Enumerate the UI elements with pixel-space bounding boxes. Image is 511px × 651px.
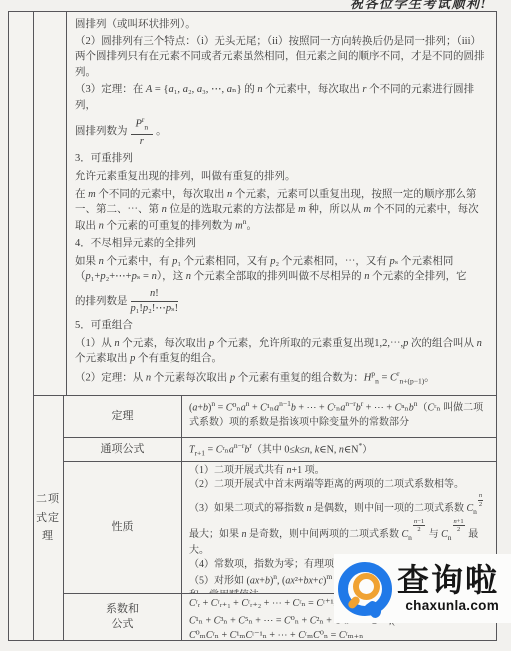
doc-paragraph: （3）定理：在 A = {a₁, a₂, a₃, ⋯, aₙ} 的 n 个元素中… <box>75 82 487 112</box>
table-row-general-term: 通项公式 Tr+1 = Cʳₙan−rbr（其中 0≤k≤n, k∈N, n∈N… <box>64 438 496 462</box>
doc-paragraph: 允许元素重复出现的排列，叫做有重复的排列。 <box>75 169 487 184</box>
watermark-brand: 查询啦 <box>397 564 499 598</box>
doc-paragraph: 圆排列（或叫环状排列）。 <box>75 17 487 32</box>
permutations-content-cell: 圆排列（或叫环状排列）。 （2）圆排列有三个特点：（i）无头无尾；（ii）按照同… <box>66 12 496 395</box>
watermark-text: 查询啦 chaxunla.com <box>397 564 499 613</box>
doc-paragraph: （2）圆排列有三个特点：（i）无头无尾；（ii）按照同一方向转换后仍是同一排列；… <box>75 34 487 80</box>
doc-heading-repeatable-combination: 5．可重组合 <box>75 318 487 333</box>
doc-paragraph: （2）定理：从 n 个元素每次取出 p 个元素有重复的组合数为：Hpn = Cr… <box>75 369 487 387</box>
row-label: 通项公式 <box>64 438 182 461</box>
doc-paragraph: 如果 n 个元素中，有 p₁ 个元素相同，又有 p₂ 个元素相同，⋯，又有 pₛ… <box>75 254 487 284</box>
notes-table: 圆排列（或叫环状排列）。 （2）圆排列有三个特点：（i）无头无尾；（ii）按照同… <box>8 11 497 641</box>
row-label: 系数和公式 <box>64 594 182 640</box>
binomial-group-label-text: 二项式定理 <box>36 490 60 546</box>
row-content: Tr+1 = Cʳₙan−rbr（其中 0≤k≤n, k∈N, n∈N*） <box>182 438 496 461</box>
doc-heading-full-permutation: 4．不尽相异元素的全排列 <box>75 236 487 251</box>
chaxunla-watermark: 查询啦 chaxunla.com <box>334 554 511 623</box>
row-label: 性质 <box>64 462 182 593</box>
doc-paragraph-formula: 圆排列数为Prnr。 <box>75 115 487 148</box>
magnifier-q-icon <box>337 561 393 617</box>
row-label: 定理 <box>64 396 182 437</box>
doc-paragraph-formula: 的排列数是n!p₁!p₂!⋯pₛ! <box>75 287 487 316</box>
row-content: (a+b)n = C⁰ₙan + C¹ₙan−1b + ⋯ + Cʳₙan−rb… <box>182 396 496 437</box>
document-page: 祝各位学生考试顺利! 圆排列（或叫环状排列）。 （2）圆排列有三个特点：（i）无… <box>0 0 511 651</box>
watermark-domain: chaxunla.com <box>405 598 499 613</box>
doc-paragraph: （1）从 n 个元素，每次取出 p 个元素，允许所取的元素重复出现1,2,⋯,p… <box>75 336 487 366</box>
binomial-group-label: 二项式定理 <box>33 396 63 640</box>
doc-heading-repeatable-permutation: 3．可重排列 <box>75 151 487 166</box>
table-row-theorem: 定理 (a+b)n = C⁰ₙan + C¹ₙan−1b + ⋯ + Cʳₙan… <box>64 396 496 438</box>
doc-paragraph: 在 m 个不同的元素中，每次取出 n 个元素，元素可以重复出现，按照一定的顺序那… <box>75 187 487 234</box>
